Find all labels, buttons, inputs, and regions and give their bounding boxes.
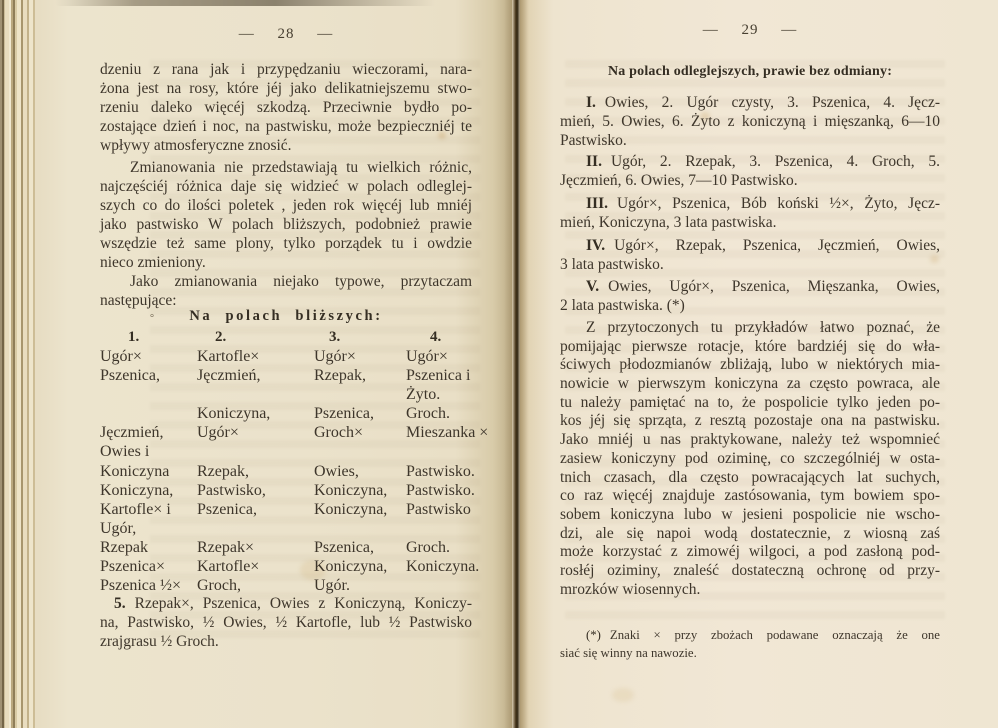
footnote: (*)Znaki × przy zbożach podawane oznacza… [560,626,940,662]
column-header: 3. [314,328,406,347]
table-cell: Pastwisko, [197,481,314,500]
text-line: rosłéj oziminy, znaleść dostateczną ochr… [560,562,940,581]
text-line: nieco zmieniony. [100,253,472,272]
table-cell: Koniczyna, [314,557,406,576]
text-line: Jęczmień, 6. Owies, 7—10 Pastwisko. [560,171,940,190]
rotation-item-5-roman: V.Owies, Ugór×, Pszenica, Mięszanka, Owi… [560,277,940,315]
text-line: na, Pastwisko, ½ Owies, ½ Kartofle, lub … [100,613,472,632]
text-span: Rzepak×, Pszenica, Owies z Koniczyną, Ko… [135,595,472,612]
table-cell: Jęczmień, [100,423,197,442]
text-line: IV.Ugór×, Rzepak, Pszenica, Jęczmień, Ow… [560,236,940,255]
column-header: 4. [406,328,472,347]
table-cell: Koniczyna, [197,404,314,423]
text-line: może korzystać z zimowéj wilgoci, a pod … [560,543,940,562]
table-cell [197,442,314,461]
paragraph: Z przytoczonych tu przykładów łatwo pozn… [560,319,940,599]
table-cell: Rzepak× [197,538,314,557]
table-cell: Groch, [197,576,314,595]
text-line: III.Ugór×, Pszenica, Bób koński ½×, Żyto… [560,194,940,213]
text-line: jako pastwisko W polach bliższych, podob… [100,215,472,234]
text-line: 5.Rzepak×, Pszenica, Owies z Koniczyną, … [100,594,472,613]
rotation-item-5: 5.Rzepak×, Pszenica, Owies z Koniczyną, … [100,594,472,651]
text-line: siać się winny na nawozie. [560,644,940,662]
text-line: (*)Znaki × przy zbożach podawane oznacza… [560,626,940,644]
item-numeral: II. [586,153,602,170]
text-line: Z przytoczonych tu przykładów łatwo pozn… [560,319,940,338]
text-line: V.Owies, Ugór×, Pszenica, Mięszanka, Owi… [560,277,940,296]
text-line: dzeniu z rana jak i przypędzaniu wieczor… [100,60,472,79]
text-span: Znaki × przy zbożach podawane oznaczają … [610,628,940,642]
table-cell: Kartofle× [197,557,314,576]
text-line: Jako zmianowania niejako typowe, przytac… [100,272,472,291]
rotation-item-3: III.Ugór×, Pszenica, Bób koński ½×, Żyto… [560,194,940,232]
table-cell: Groch. [406,404,488,423]
item-numeral: I. [586,94,596,111]
rotation-item-1: I.Owies, 2. Ugór czysty, 3. Pszenica, 4.… [560,93,940,150]
item-numeral: 5. [114,595,126,612]
table-cell: Pszenica i [406,366,488,385]
table-cell: Pastwisko [406,500,488,519]
text-line: rzeniu daleko więcéj szkodzą. Przeciwnie… [100,98,472,117]
page-number-left: — 28 — [100,26,472,43]
text-line: mień, Koniczyna, 3 lata pastwiska. [560,213,940,232]
table-cell: Rzepak [100,538,197,557]
table-cell: Koniczyna, [314,481,406,500]
text-line: ściwych płodozmianów zbliżają, lubo w ni… [560,356,940,375]
table-cell: Ugór× [197,423,314,442]
rotation-item-2: II.Ugór, 2. Rzepak, 3. Pszenica, 4. Groc… [560,152,940,190]
table-cell: Groch. [406,538,488,557]
text-line: tu należy pamiętać na to, że pospolicie … [560,394,940,413]
page-number-right: — 29 — [560,22,940,39]
text-span: Owies, 2. Ugór czysty, 3. Pszenica, 4. J… [605,94,940,111]
table-cell [100,385,197,404]
table-cell: Rzepak, [314,366,406,385]
table-cell: Pastwisko. [406,481,488,500]
table-cell: Ugór× [314,347,406,366]
text-line: zasiew koniczyny pod oziminę, co szczegó… [560,450,940,469]
table-cell: Kartofle× [197,347,314,366]
table-column-headers: 1. 2. 3. 4. [100,328,472,347]
table-cell: Rzepak, [197,462,314,481]
book-scan: — 28 — dzeniu z rana jak i przypędzaniu … [0,0,998,728]
scan-top-edge [55,0,455,6]
text-line: najczęściéj różnica daje się widzieć w p… [100,177,472,196]
table-cell: Pszenica, [197,500,314,519]
item-numeral: V. [586,278,599,295]
table-cell: Owies i [100,442,197,461]
text-span: Ugór, 2. Rzepak, 3. Pszenica, 4. Groch, … [611,153,940,170]
table-cell: Ugór× [406,347,488,366]
table-cell: Ugór, [100,519,197,538]
table-cell: Pszenica, [100,366,197,385]
text-line: co raz więcéj znajduje zastósowania, tym… [560,487,940,506]
text-line: 2 lata pastwiska. (*) [560,296,940,315]
column-header: 1. [100,328,197,347]
text-line: dzi, ale się napoi wodą dostatecznie, z … [560,525,940,544]
text-line: II.Ugór, 2. Rzepak, 3. Pszenica, 4. Groc… [560,152,940,171]
table-cell [314,442,406,461]
text-span: Ugór×, Pszenica, Bób koński ½×, Żyto, Ję… [617,195,940,212]
table-cell: Jęczmień, [197,366,314,385]
paper-stain [612,688,634,702]
table-cell: Pszenica× [100,557,197,576]
table-cell [100,404,197,423]
text-line: mrozków wiosennych. [560,581,940,600]
text-line: Pastwisko. [560,131,940,150]
text-line: zostające dzień i noc, na pastwisku, moż… [100,117,472,136]
text-span: Owies, Ugór×, Pszenica, Mięszanka, Owies… [608,278,940,295]
text-line: nowicie w pierwszym koniczyna za często … [560,375,940,394]
table-cell [406,442,488,461]
table-cell [197,519,314,538]
item-numeral: IV. [586,237,605,254]
table-cell: Koniczyna, [100,481,197,500]
column-header: 2. [197,328,314,347]
table-cell [406,519,488,538]
table-cell: Ugór× [100,347,197,366]
text-line: żona jest na rosy, które jéj jako delika… [100,79,472,98]
table-cell: Koniczyna. [406,557,488,576]
table-cell: Koniczyna [100,462,197,481]
table-cell: Pszenica, [314,404,406,423]
text-line: kos jéj się sprząta, z resztą pozostaje … [560,412,940,431]
table-cell: Pszenica ½× [100,576,197,595]
footnote-mark: (*) [586,628,601,642]
rotation-item-4: IV.Ugór×, Rzepak, Pszenica, Jęczmień, Ow… [560,236,940,274]
text-line: mień, 5. Owies, 6. Żyto z koniczyną i mi… [560,112,940,131]
table-cell: Koniczyna, [314,500,406,519]
table-cell [314,385,406,404]
text-line: szych co do ilości poletek , jeden rok w… [100,196,472,215]
rotation-table: Ugór× Kartofle× Ugór× Ugór× Pszenica, Ję… [100,347,472,595]
item-numeral: III. [586,195,608,212]
text-line: I.Owies, 2. Ugór czysty, 3. Pszenica, 4.… [560,93,940,112]
page-gutter [504,0,528,728]
table-cell: Kartofle× i [100,500,197,519]
text-line: sobem koniczyna lubo w jesieni pospolici… [560,506,940,525]
text-line: wszędzie też same plony, tylko porządek … [100,234,472,253]
text-line: tnich czasach, dla często powracających … [560,469,940,488]
table-cell [197,385,314,404]
paragraph: Jako zmianowania niejako typowe, przytac… [100,272,472,310]
text-line: Zmianowania nie przedstawiają tu wielkic… [100,158,472,177]
table-cell: Pastwisko. [406,462,488,481]
text-line: Jako mniéj u nas praktykowane, należy te… [560,431,940,450]
text-line: wpływy atmosferyczne znosić. [100,136,472,155]
paragraph: dzeniu z rana jak i przypędzaniu wieczor… [100,60,472,155]
text-line: 3 lata pastwisko. [560,255,940,274]
table-cell: Mieszanka × [406,423,488,442]
table-cell: Żyto. [406,385,488,404]
table-cell: Groch× [314,423,406,442]
table-cell [406,576,488,595]
section-heading: Na polach odleglejszych, prawie bez odmi… [560,64,940,80]
text-span: Ugór×, Rzepak, Pszenica, Jęczmień, Owies… [614,237,940,254]
text-line: pomijając pierwsze rotacje, które bardzi… [560,338,940,357]
paragraph: Zmianowania nie przedstawiają tu wielkic… [100,158,472,273]
table-heading: Na polach bliższych: [100,308,472,325]
table-cell: Owies, [314,462,406,481]
table-cell: Ugór. [314,576,406,595]
text-line: zrajgrasu ½ Groch. [100,632,472,651]
table-cell [314,519,406,538]
table-cell: Pszenica, [314,538,406,557]
page-edge-stack [0,0,40,728]
